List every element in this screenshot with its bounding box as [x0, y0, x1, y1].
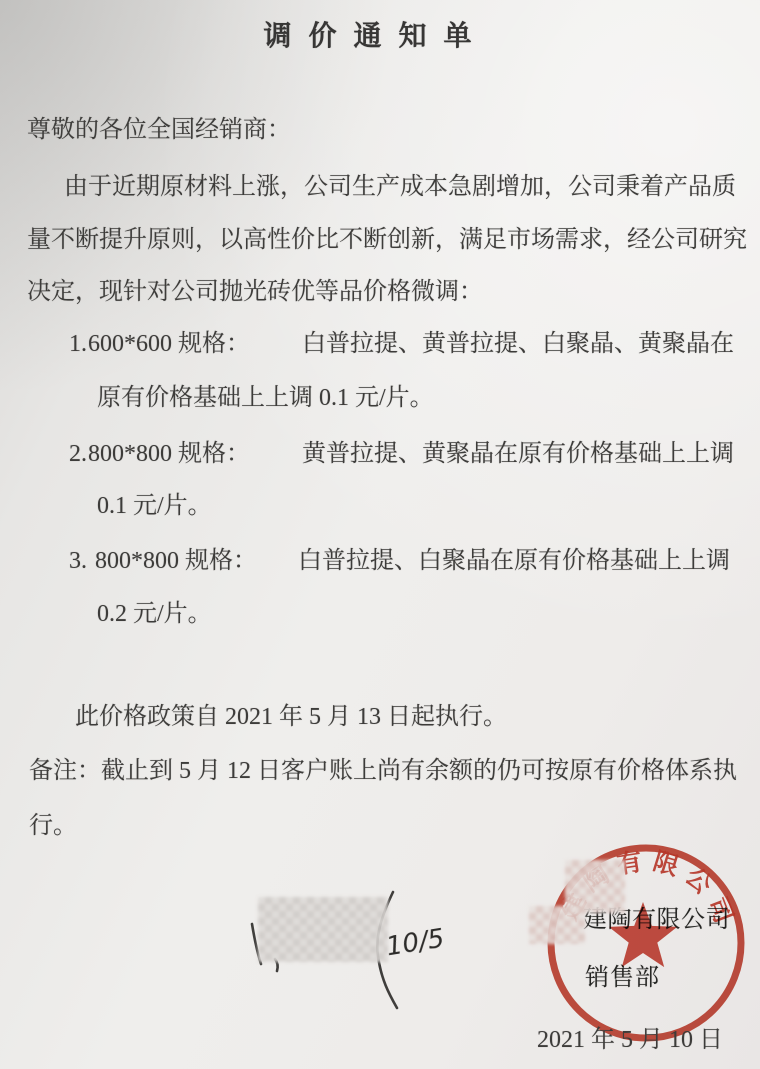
seal-redaction-blur-left	[529, 906, 585, 944]
page-title: 调 价 通 知 单	[0, 20, 740, 54]
item-number: 1.	[69, 330, 87, 359]
paragraph-line-2: 量不断提升原则，以高性价比不断创新，满足市场需求，经公司研究	[27, 226, 747, 255]
item-spec: 800*800 规格：	[88, 440, 250, 469]
note-line-1: 备注：截止到 5 月 12 日客户账上尚有余额的仍可按原有价格体系执	[29, 757, 737, 786]
price-item-1-line-1: 1. 600*600 规格： 白普拉提、黄普拉提、白聚晶、黄聚晶在	[0, 330, 760, 364]
note-line-2: 行。	[29, 812, 77, 841]
effective-date-line: 此价格政策自 2021 年 5 月 13 日起执行。	[75, 703, 507, 732]
item-products: 黄普拉提、黄聚晶在原有价格基础上上调	[302, 440, 734, 469]
item-products: 白普拉提、黄普拉提、白聚晶、黄聚晶在	[302, 330, 734, 359]
paragraph-line-1: 由于近期原材料上涨，公司生产成本急剧增加，公司秉着产品质	[64, 173, 736, 202]
item-number: 2.	[69, 440, 87, 469]
price-item-3-line-2: 0.2 元/片。	[97, 600, 212, 629]
price-item-3-line-1: 3. 800*800 规格： 白普拉提、白聚晶在原有价格基础上上调	[0, 547, 760, 581]
item-spec: 600*600 规格：	[88, 330, 250, 359]
greeting-line: 尊敬的各位全国经销商：	[27, 116, 291, 145]
item-spec: 800*800 规格：	[95, 547, 257, 576]
issue-date: 2021 年 5 月 10 日	[537, 1026, 723, 1055]
item-products: 白普拉提、白聚晶在原有价格基础上上调	[298, 547, 730, 576]
price-item-2-line-1: 2. 800*800 规格： 黄普拉提、黄聚晶在原有价格基础上上调	[0, 440, 760, 474]
price-item-2-line-2: 0.1 元/片。	[97, 492, 212, 521]
item-number: 3.	[69, 547, 87, 576]
price-item-1-line-2: 原有价格基础上上调 0.1 元/片。	[97, 384, 434, 413]
paragraph-line-3: 决定，现针对公司抛光砖优等品价格微调：	[27, 278, 483, 307]
signature-redaction-blur	[258, 897, 388, 962]
